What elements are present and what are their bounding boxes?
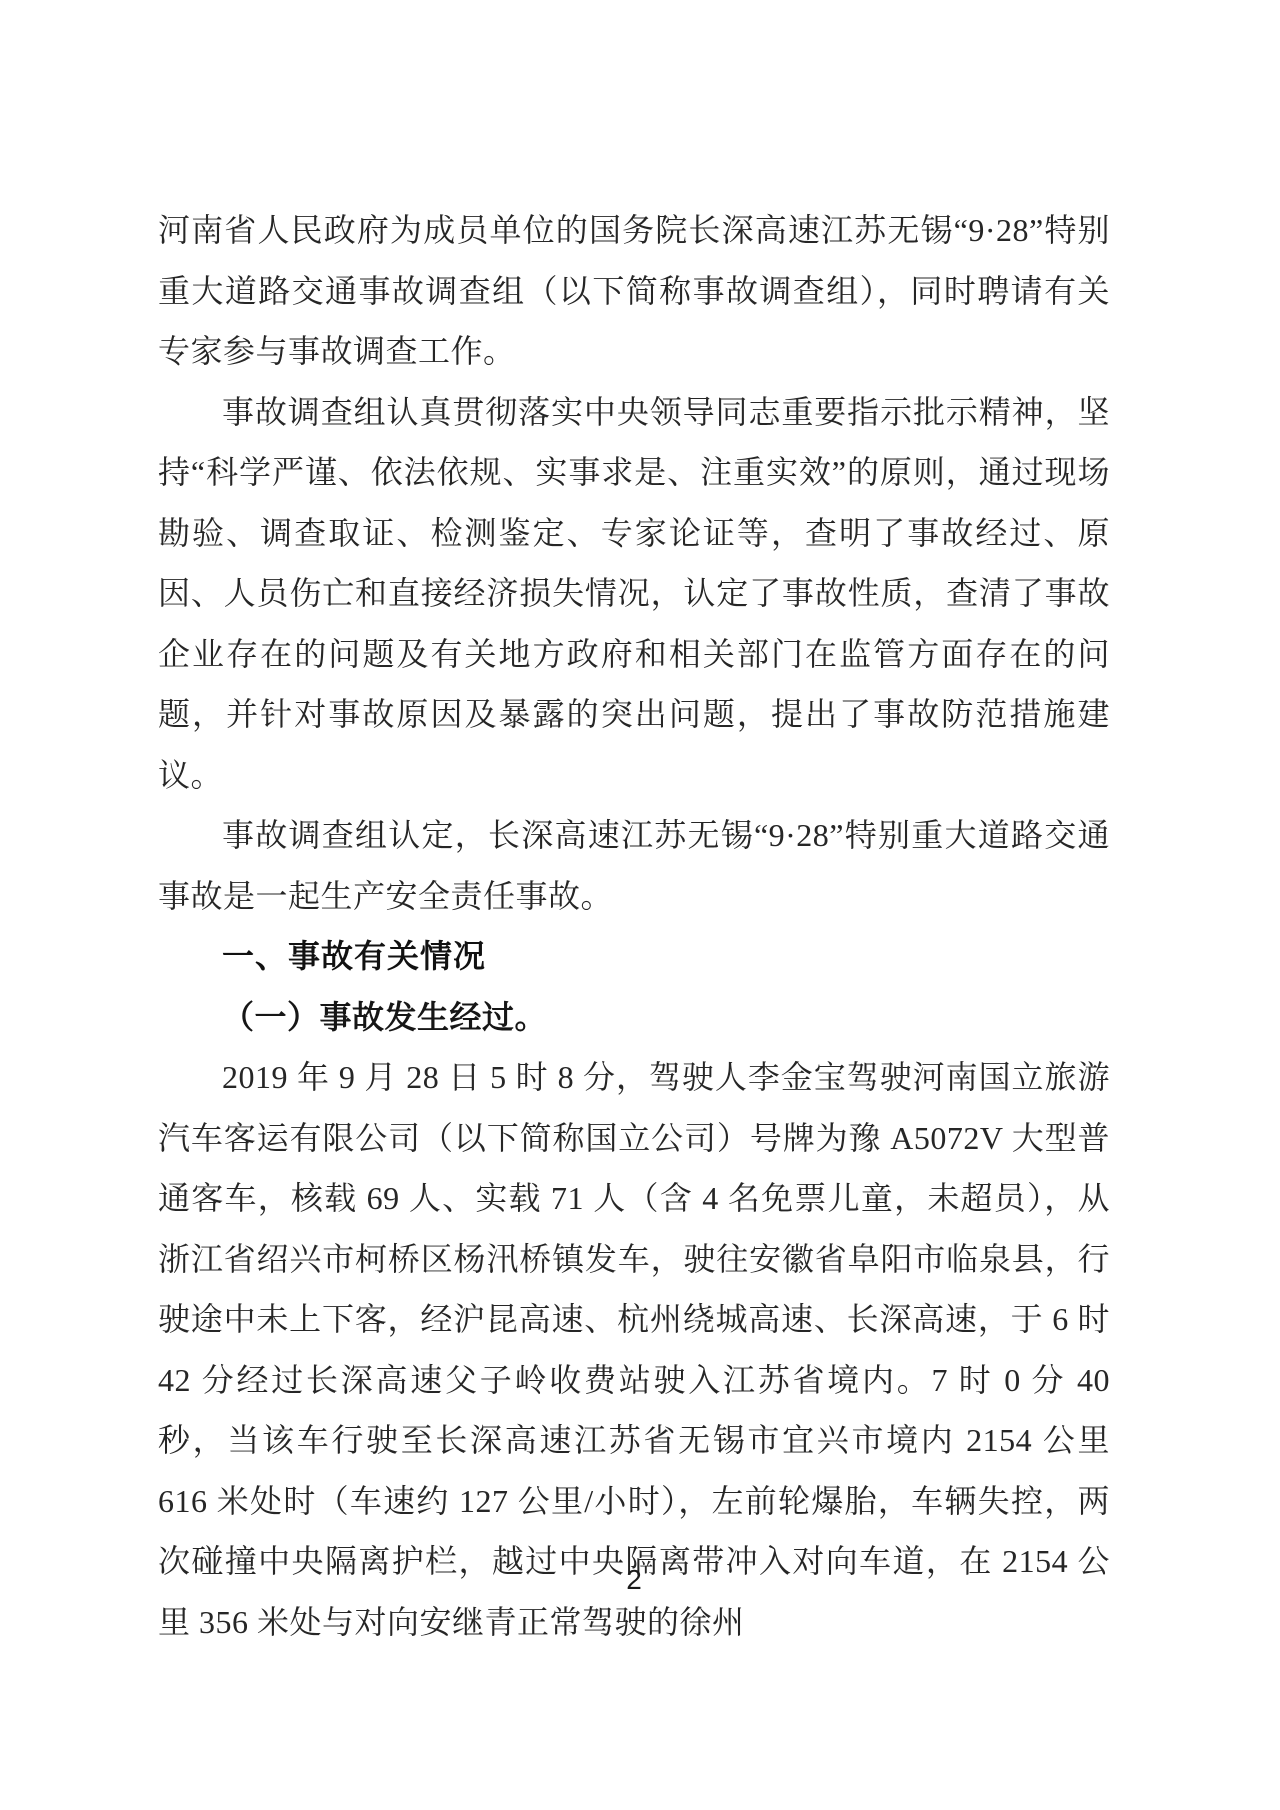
paragraph-continuation: 河南省人民政府为成员单位的国务院长深高速江苏无锡“9·28”特别重大道路交通事故… xyxy=(158,200,1110,382)
paragraph-investigation-process: 事故调查组认真贯彻落实中央领导同志重要指示批示精神，坚持“科学严谨、依法依规、实… xyxy=(158,382,1110,806)
page-number: 2 xyxy=(626,1564,642,1595)
page-footer: 2 xyxy=(158,1560,1110,1600)
paragraph-accident-determination: 事故调查组认定，长深高速江苏无锡“9·28”特别重大道路交通事故是一起生产安全责… xyxy=(158,805,1110,926)
document-body: 河南省人民政府为成员单位的国务院长深高速江苏无锡“9·28”特别重大道路交通事故… xyxy=(158,200,1110,1652)
document-page: 河南省人民政府为成员单位的国务院长深高速江苏无锡“9·28”特别重大道路交通事故… xyxy=(0,0,1280,1810)
section-heading-accident-overview: 一、事故有关情况 xyxy=(158,926,1110,987)
subsection-heading-accident-course: （一）事故发生经过。 xyxy=(158,987,1110,1048)
